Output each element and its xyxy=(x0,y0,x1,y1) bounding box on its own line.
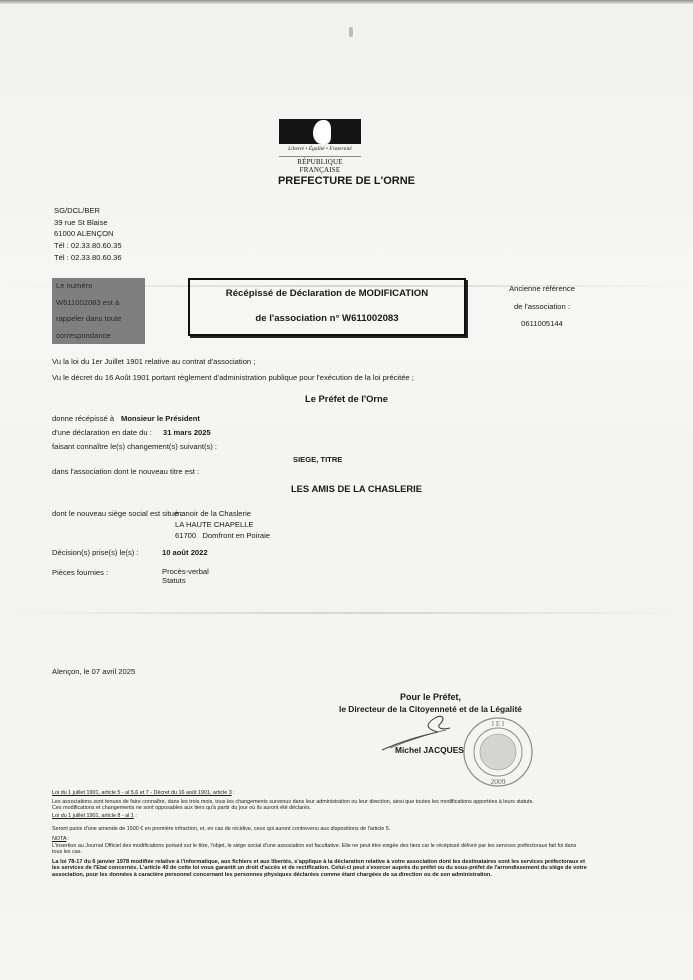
place-date: Alençon, le 07 avril 2025 xyxy=(52,667,135,676)
scanned-page: Liberté • Égalité • Fraternité RÉPUBLIQU… xyxy=(0,0,693,980)
new-title-value: LES AMIS DE LA CHASLERIE xyxy=(10,483,693,494)
changes-value: SIEGE, TITRE xyxy=(293,455,342,464)
old-reference-value: 0611005144 xyxy=(492,315,592,333)
logo-republic: RÉPUBLIQUE FRANÇAISE xyxy=(279,156,361,174)
new-seat-label: dont le nouveau siège social est situé : xyxy=(52,509,182,518)
changes-label: faisant connaître le(s) changement(s) su… xyxy=(52,442,217,451)
footer-ref-2-link: Loi du 1 juillet 1901, article 8 - al 1 xyxy=(52,813,134,819)
signatory-name: Michel JACQUES xyxy=(395,745,464,755)
legal-basis-2: Vu le décret du 16 Août 1901 portant règ… xyxy=(52,373,414,382)
address-phone-2: Tél : 02.33.80.60.36 xyxy=(54,252,122,264)
prefecture-title: PREFECTURE DE L'ORNE xyxy=(0,175,693,187)
scan-speck xyxy=(349,27,353,37)
logo-motto: Liberté • Égalité • Fraternité xyxy=(279,146,361,152)
reference-notice-line: rappeler dans toute xyxy=(56,311,141,328)
new-title-label: dans l'association dont le nouveau titre… xyxy=(52,467,199,476)
decision-label: Décision(s) prise(s) le(s) : xyxy=(52,548,139,557)
stamp-year: 2009 xyxy=(491,777,506,786)
logo-flag xyxy=(279,119,361,144)
footer-ref-1-link: Loi du 1 juillet 1901, article 5 - al 5,… xyxy=(52,790,232,796)
declaration-date-label: d'une déclaration en date du : xyxy=(52,428,152,437)
footer-ref-2: Loi du 1 juillet 1901, article 8 - al 1 … xyxy=(52,813,592,819)
recipient-value: Monsieur le Président xyxy=(121,414,200,423)
marianne-logo-icon: Liberté • Égalité • Fraternité RÉPUBLIQU… xyxy=(279,119,361,167)
new-seat-line: 61700 Domfront en Poiraie xyxy=(175,531,270,540)
reference-notice-line: Le numéro xyxy=(56,278,141,295)
document-title-box: Récépissé de Déclaration de MODIFICATION… xyxy=(188,278,466,336)
old-reference-label-1: Ancienne référence xyxy=(492,280,592,298)
signature-for: Pour le Préfet, xyxy=(400,692,461,702)
nota-suffix: : xyxy=(68,836,70,842)
new-seat-line: manoir de la Chaslerie xyxy=(175,509,251,518)
old-reference: Ancienne référence de l'association : 06… xyxy=(492,280,592,333)
declaration-date-value: 31 mars 2025 xyxy=(163,428,211,437)
documents-label: Pièces fournies : xyxy=(52,568,108,577)
svg-text:I E I: I E I xyxy=(492,720,505,728)
association-number: de l'association n° W611002083 xyxy=(190,305,464,330)
decision-value: 10 août 2022 xyxy=(162,548,208,557)
document-title: Récépissé de Déclaration de MODIFICATION xyxy=(190,280,464,305)
footer-ref-2-suffix: : xyxy=(135,813,137,819)
reference-notice-line: correspondance xyxy=(56,328,141,345)
sender-address: SG/DCL/BER 39 rue St Blaise 61000 ALENÇO… xyxy=(54,205,122,264)
address-street: 39 rue St Blaise xyxy=(54,217,122,229)
address-service: SG/DCL/BER xyxy=(54,205,122,217)
old-reference-label-2: de l'association : xyxy=(492,298,592,316)
footer-text-3: L'insertion au Journal Officiel des modi… xyxy=(52,843,582,856)
issuer-title: Le Préfet de l'Orne xyxy=(0,393,693,404)
footer-ref-1: Loi du 1 juillet 1901, article 5 - al 5,… xyxy=(52,790,592,796)
document-item: Statuts xyxy=(162,577,209,586)
footer-text-2: Seront punis d'une amende de 1500 € en p… xyxy=(52,826,592,832)
reference-notice-box: Le numéro W611002083 est à rappeler dans… xyxy=(52,278,145,344)
scan-edge xyxy=(0,0,693,4)
documents-list: Procès-verbal Statuts xyxy=(162,568,209,585)
address-phone-1: Tél : 02.33.80.60.35 xyxy=(54,240,122,252)
nota-label: NOTA xyxy=(52,836,66,842)
footer-text-4: La loi 78-17 du 6 janvier 1978 modifiée … xyxy=(52,859,587,878)
marianne-profile-icon xyxy=(313,120,331,144)
address-city: 61000 ALENÇON xyxy=(54,228,122,240)
recipient-label: donne récépissé à xyxy=(52,414,114,423)
reference-notice-line: W611002083 est à xyxy=(56,295,141,312)
fold-line xyxy=(0,612,693,614)
footer-nota: NOTA : xyxy=(52,836,592,842)
footer-ref-1-suffix: : xyxy=(233,790,235,796)
legal-basis-1: Vu la loi du 1er Juillet 1901 relative a… xyxy=(52,357,255,366)
footer-text-1b: Ces modifications et changements ne sont… xyxy=(52,805,592,811)
new-seat-line: LA HAUTE CHAPELLE xyxy=(175,520,254,529)
official-seal-icon: I E I 2009 xyxy=(462,716,534,788)
